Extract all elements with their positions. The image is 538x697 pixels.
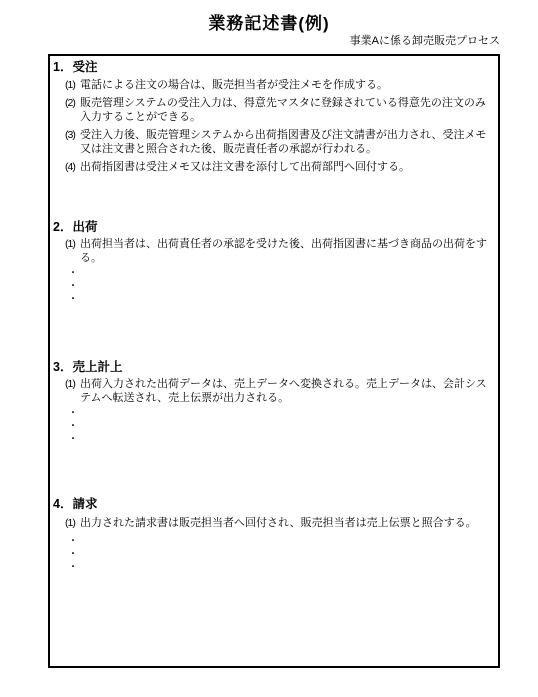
section-heading: 1．受注 <box>53 59 498 75</box>
list-item: (1) 出荷入力された出荷データは、売上データへ変換される。売上データは、会計シ… <box>65 377 498 405</box>
bullet-dot: ・ <box>68 433 498 446</box>
item-number: (3) <box>65 128 80 156</box>
item-number: (4) <box>65 160 80 174</box>
item-number: (2) <box>65 96 80 124</box>
placeholder-bullets: ・ ・ ・ <box>68 535 498 574</box>
item-number: (1) <box>65 78 80 92</box>
item-number: (1) <box>65 377 80 405</box>
item-text: 販売管理システムの受注入力は、得意先マスタに登録されている得意先の注文のみ入力す… <box>80 96 498 124</box>
list-item: (1) 出荷担当者は、出荷責任者の承認を受けた後、出荷指図書に基づき商品の出荷を… <box>65 237 498 265</box>
section-order-entry: 1．受注 (1) 電話による注文の場合は、販売担当者が受注メモを作成する。 (2… <box>50 59 498 174</box>
list-item: (1) 電話による注文の場合は、販売担当者が受注メモを作成する。 <box>65 78 498 92</box>
placeholder-bullets: ・ ・ ・ <box>68 407 498 446</box>
placeholder-bullets: ・ ・ ・ <box>68 267 498 306</box>
bullet-dot: ・ <box>68 280 498 293</box>
bullet-dot: ・ <box>68 561 498 574</box>
item-number: (1) <box>65 516 80 530</box>
section-billing: 4．請求 (1) 出力された請求書は販売担当者へ回付され、販売担当者は売上伝票と… <box>50 496 498 574</box>
section-heading: 2．出荷 <box>53 219 498 235</box>
bullet-dot: ・ <box>68 548 498 561</box>
list-item: (2) 販売管理システムの受注入力は、得意先マスタに登録されている得意先の注文の… <box>65 96 498 124</box>
item-text: 出荷担当者は、出荷責任者の承認を受けた後、出荷指図書に基づき商品の出荷をする。 <box>80 237 498 265</box>
bullet-dot: ・ <box>68 407 498 420</box>
item-number: (1) <box>65 237 80 265</box>
bullet-dot: ・ <box>68 267 498 280</box>
list-item: (1) 出力された請求書は販売担当者へ回付され、販売担当者は売上伝票と照合する。 <box>65 516 498 530</box>
item-text: 出荷入力された出荷データは、売上データへ変換される。売上データは、会計システムへ… <box>80 377 498 405</box>
section-heading: 3．売上計上 <box>53 359 498 375</box>
section-heading: 4．請求 <box>53 496 498 512</box>
bullet-dot: ・ <box>68 420 498 433</box>
page-title: 業務記述書(例) <box>0 0 538 34</box>
section-sales-recording: 3．売上計上 (1) 出荷入力された出荷データは、売上データへ変換される。売上デ… <box>50 359 498 446</box>
content-border-box: 1．受注 (1) 電話による注文の場合は、販売担当者が受注メモを作成する。 (2… <box>48 54 500 668</box>
section-shipping: 2．出荷 (1) 出荷担当者は、出荷責任者の承認を受けた後、出荷指図書に基づき商… <box>50 219 498 306</box>
item-text: 出荷指図書は受注メモ又は注文書を添付して出荷部門へ回付する。 <box>80 160 498 174</box>
item-text: 出力された請求書は販売担当者へ回付され、販売担当者は売上伝票と照合する。 <box>80 516 498 530</box>
document-page: 業務記述書(例) 事業Aに係る卸売販売プロセス 1．受注 (1) 電話による注文… <box>0 0 538 697</box>
page-subtitle: 事業Aに係る卸売販売プロセス <box>0 35 500 48</box>
bullet-dot: ・ <box>68 293 498 306</box>
item-text: 受注入力後、販売管理システムから出荷指図書及び注文請書が出力され、受注メモ又は注… <box>80 128 498 156</box>
list-item: (4) 出荷指図書は受注メモ又は注文書を添付して出荷部門へ回付する。 <box>65 160 498 174</box>
item-text: 電話による注文の場合は、販売担当者が受注メモを作成する。 <box>80 78 498 92</box>
bullet-dot: ・ <box>68 535 498 548</box>
list-item: (3) 受注入力後、販売管理システムから出荷指図書及び注文請書が出力され、受注メ… <box>65 128 498 156</box>
